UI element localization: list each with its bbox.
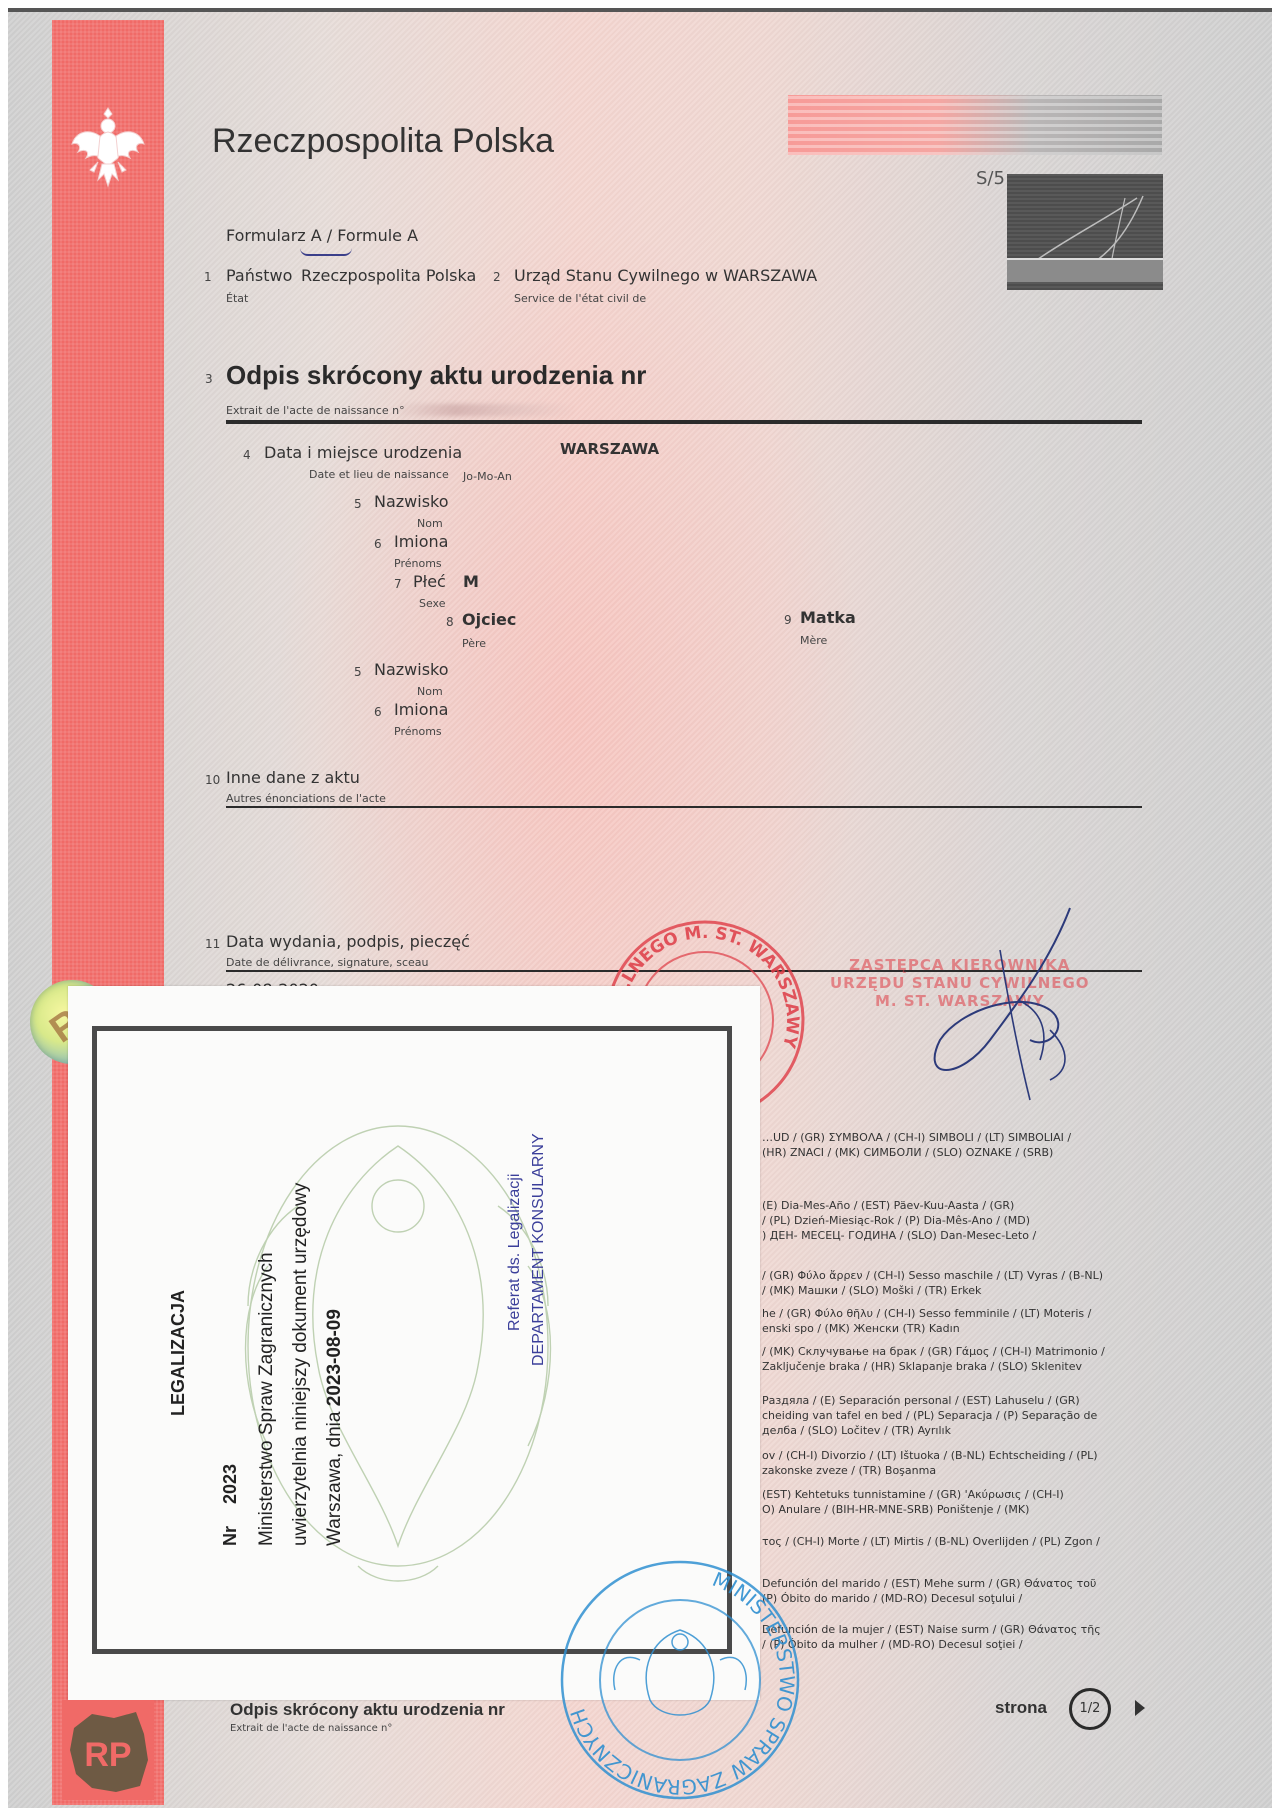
svg-text:RP: RP — [84, 1736, 131, 1774]
pen-underline — [300, 248, 352, 256]
field-8-sub: Père — [462, 637, 486, 650]
certificate-title: Odpis skrócony aktu urodzenia nr — [226, 360, 646, 391]
legend-block: ov / (CH-I) Divorzio / (LT) Ištuoka / (B… — [762, 1448, 1098, 1478]
rp-poland-logo-icon: RP — [62, 1700, 154, 1800]
country-title: Rzeczpospolita Polska — [212, 122, 554, 161]
parent-field-6-number: 6 — [374, 705, 382, 719]
ministry-stamp: MINISTERSTWO SPRAW ZAGRANICZNYCH — [540, 1530, 800, 1810]
department-label: DEPARTAMENT KONSULARNY — [530, 1133, 548, 1366]
next-page-arrow-icon[interactable] — [1135, 1700, 1145, 1716]
field-1-value: Rzeczpospolita Polska — [301, 266, 476, 285]
redacted-number — [395, 404, 575, 416]
legend-block: …UD / (GR) ΣΥΜΒΟΛΑ / (CH-I) SIMBOLI / (L… — [762, 1130, 1071, 1160]
legend-line: Раздяла / (E) Separación personal / (EST… — [762, 1393, 1097, 1408]
field-5-label: Nazwisko — [374, 492, 449, 511]
legend-line: (EST) Kehtetuks tunnistamine / (GR) 'Ακύ… — [762, 1487, 1064, 1502]
legend-line: enski spo / (MK) Женски (TR) Kadın — [762, 1321, 1091, 1336]
legend-line: / (MK) Склучување на брак / (GR) Γάμος /… — [762, 1344, 1105, 1359]
security-color-bar — [788, 95, 1162, 155]
field-11-number: 11 — [205, 937, 220, 951]
parent-field-5-sub: Nom — [417, 685, 443, 698]
field-9-number: 9 — [784, 613, 792, 627]
field-10-rule — [226, 806, 1142, 808]
field-8-label: Ojciec — [462, 610, 516, 629]
legend-line: Defunción de la mujer / (EST) Naise surm… — [762, 1622, 1101, 1637]
legend-block: Defunción del marido / (EST) Mehe surm /… — [762, 1576, 1096, 1606]
field-7-label: Płeć — [413, 572, 446, 591]
field-6-number: 6 — [374, 537, 382, 551]
field-1-sub: État — [226, 292, 248, 305]
field-5-number: 5 — [354, 497, 362, 511]
polish-eagle-icon — [68, 100, 148, 200]
legend-line: (HR) ZNACI / (MK) СИМБОЛИ / (SLO) OZNAKE… — [762, 1145, 1071, 1160]
legend-block: he / (GR) Φύλο θῆλυ / (CH-I) Sesso femmi… — [762, 1306, 1091, 1336]
field-4-number: 4 — [243, 448, 251, 462]
legend-line: he / (GR) Φύλο θῆλυ / (CH-I) Sesso femmi… — [762, 1306, 1091, 1321]
place-date-prefix: Warszawa, dnia — [324, 1412, 345, 1546]
legend-line: zakonske zveze / (TR) Boşanma — [762, 1463, 1098, 1478]
legend-block: Defunción de la mujer / (EST) Naise surm… — [762, 1622, 1101, 1652]
legalization-nr-value: 2023 — [220, 1464, 241, 1504]
parent-field-6-label: Imiona — [394, 700, 448, 719]
legend-line: делба / (SLO) Ločitev / (TR) Ayrılık — [762, 1423, 1097, 1438]
parent-field-5-label: Nazwisko — [374, 660, 449, 679]
field-4-date-format: Jo-Mo-An — [463, 470, 512, 483]
title-rule — [226, 420, 1142, 424]
legend-line: …UD / (GR) ΣΥΜΒΟΛΑ / (CH-I) SIMBOLI / (L… — [762, 1130, 1071, 1145]
legend-line: / (MK) Машки / (SLO) Moški / (TR) Erkek — [762, 1283, 1103, 1298]
legalization-title: LEGALIZACJA — [168, 1290, 189, 1416]
footer-title: Odpis skrócony aktu urodzenia nr — [230, 1700, 505, 1720]
field-2-number: 2 — [493, 270, 501, 284]
legend-line: ov / (CH-I) Divorzio / (LT) Ištuoka / (B… — [762, 1448, 1098, 1463]
field-4-place: WARSZAWA — [560, 440, 659, 458]
referat-label: Referat ds. Legalizacji — [506, 1174, 524, 1331]
field-10-label: Inne dane z aktu — [226, 768, 360, 787]
legend-line: Defunción del marido / (EST) Mehe surm /… — [762, 1576, 1096, 1591]
field-1-label: Państwo — [226, 266, 292, 285]
legend-block: (EST) Kehtetuks tunnistamine / (GR) 'Ακύ… — [762, 1487, 1064, 1517]
field-11-sub: Date de délivrance, signature, sceau — [226, 956, 429, 969]
legend-block: τος / (CH-I) Morte / (LT) Mirtis / (B-NL… — [762, 1534, 1100, 1549]
field-7-sub: Sexe — [419, 597, 446, 610]
field-7-number: 7 — [394, 577, 402, 591]
legend-line: / (GR) Φύλο ἄρρεν / (CH-I) Sesso maschil… — [762, 1268, 1103, 1283]
field-11-label: Data wydania, podpis, pieczęć — [226, 932, 470, 951]
official-signature — [900, 900, 1100, 1110]
legend-line: (P) Óbito do marido / (MD-RO) Decesul so… — [762, 1591, 1096, 1606]
field-6-label: Imiona — [394, 532, 448, 551]
field-2-label: Urząd Stanu Cywilnego w WARSZAWA — [514, 266, 817, 285]
field-4-label: Data i miejsce urodzenia — [264, 443, 462, 462]
certification-text: uwierzytelnia niniejszy dokument urzędow… — [290, 1183, 312, 1546]
field-8-number: 8 — [446, 615, 454, 629]
field-9-label: Matka — [800, 608, 856, 627]
legalization-date: 2023-08-09 — [324, 1309, 345, 1406]
field-5-sub: Nom — [417, 517, 443, 530]
legend-block: / (MK) Склучување на брак / (GR) Γάμος /… — [762, 1344, 1105, 1374]
serial-prefix: S/5 — [976, 168, 1005, 189]
page-label: strona — [995, 1698, 1047, 1718]
security-serial-box — [1007, 174, 1163, 290]
legend-line: O) Anulare / (BIH-HR-MNE-SRB) Poništenje… — [762, 1502, 1064, 1517]
legend-line: (E) Dia-Mes-Año / (EST) Päev-Kuu-Aasta /… — [762, 1198, 1036, 1213]
legend-block: / (GR) Φύλο ἄρρεν / (CH-I) Sesso maschil… — [762, 1268, 1103, 1298]
legend-line: ) ДЕН- МЕСЕЦ- ГОДИНА / (SLO) Dan-Mesec-L… — [762, 1228, 1036, 1243]
field-9-sub: Mère — [800, 634, 827, 647]
field-3-number: 3 — [205, 372, 213, 386]
legalization-nr-label: Nr — [220, 1526, 241, 1546]
field-6-sub: Prénoms — [394, 557, 442, 570]
page-indicator: 1/2 — [1069, 1688, 1111, 1730]
certificate-subtitle: Extrait de l'acte de naissance n° — [226, 404, 405, 417]
footer-subtitle: Extrait de l'acte de naissance n° — [230, 1723, 392, 1734]
place-date-line: Warszawa, dnia 2023-08-09 — [324, 1309, 346, 1546]
field-2-sub: Service de l'état civil de — [514, 292, 646, 305]
field-10-sub: Autres énonciations de l'acte — [226, 792, 386, 805]
field-1-number: 1 — [204, 270, 212, 284]
parent-field-5-number: 5 — [354, 665, 362, 679]
legend-block: Раздяла / (E) Separación personal / (EST… — [762, 1393, 1097, 1438]
legend-line: / (P) Óbito da mulher / (MD-RO) Decesul … — [762, 1637, 1101, 1652]
field-4-sub: Date et lieu de naissance — [309, 468, 449, 481]
legend-line: cheiding van tafel en bed / (PL) Separac… — [762, 1408, 1097, 1423]
field-10-number: 10 — [205, 773, 220, 787]
ministry-name: Ministerstwo Spraw Zagranicznych — [256, 1252, 278, 1546]
parent-field-6-sub: Prénoms — [394, 725, 442, 738]
legend-line: / (PL) Dzień-Miesiąc-Rok / (P) Dia-Mês-A… — [762, 1213, 1036, 1228]
legend-line: τος / (CH-I) Morte / (LT) Mirtis / (B-NL… — [762, 1534, 1100, 1549]
legend-block: (E) Dia-Mes-Año / (EST) Päev-Kuu-Aasta /… — [762, 1198, 1036, 1243]
legend-line: Zaključenje braka / (HR) Sklapanje braka… — [762, 1359, 1105, 1374]
form-label: Formularz A / Formule A — [226, 226, 418, 245]
field-7-value: M — [463, 572, 479, 591]
